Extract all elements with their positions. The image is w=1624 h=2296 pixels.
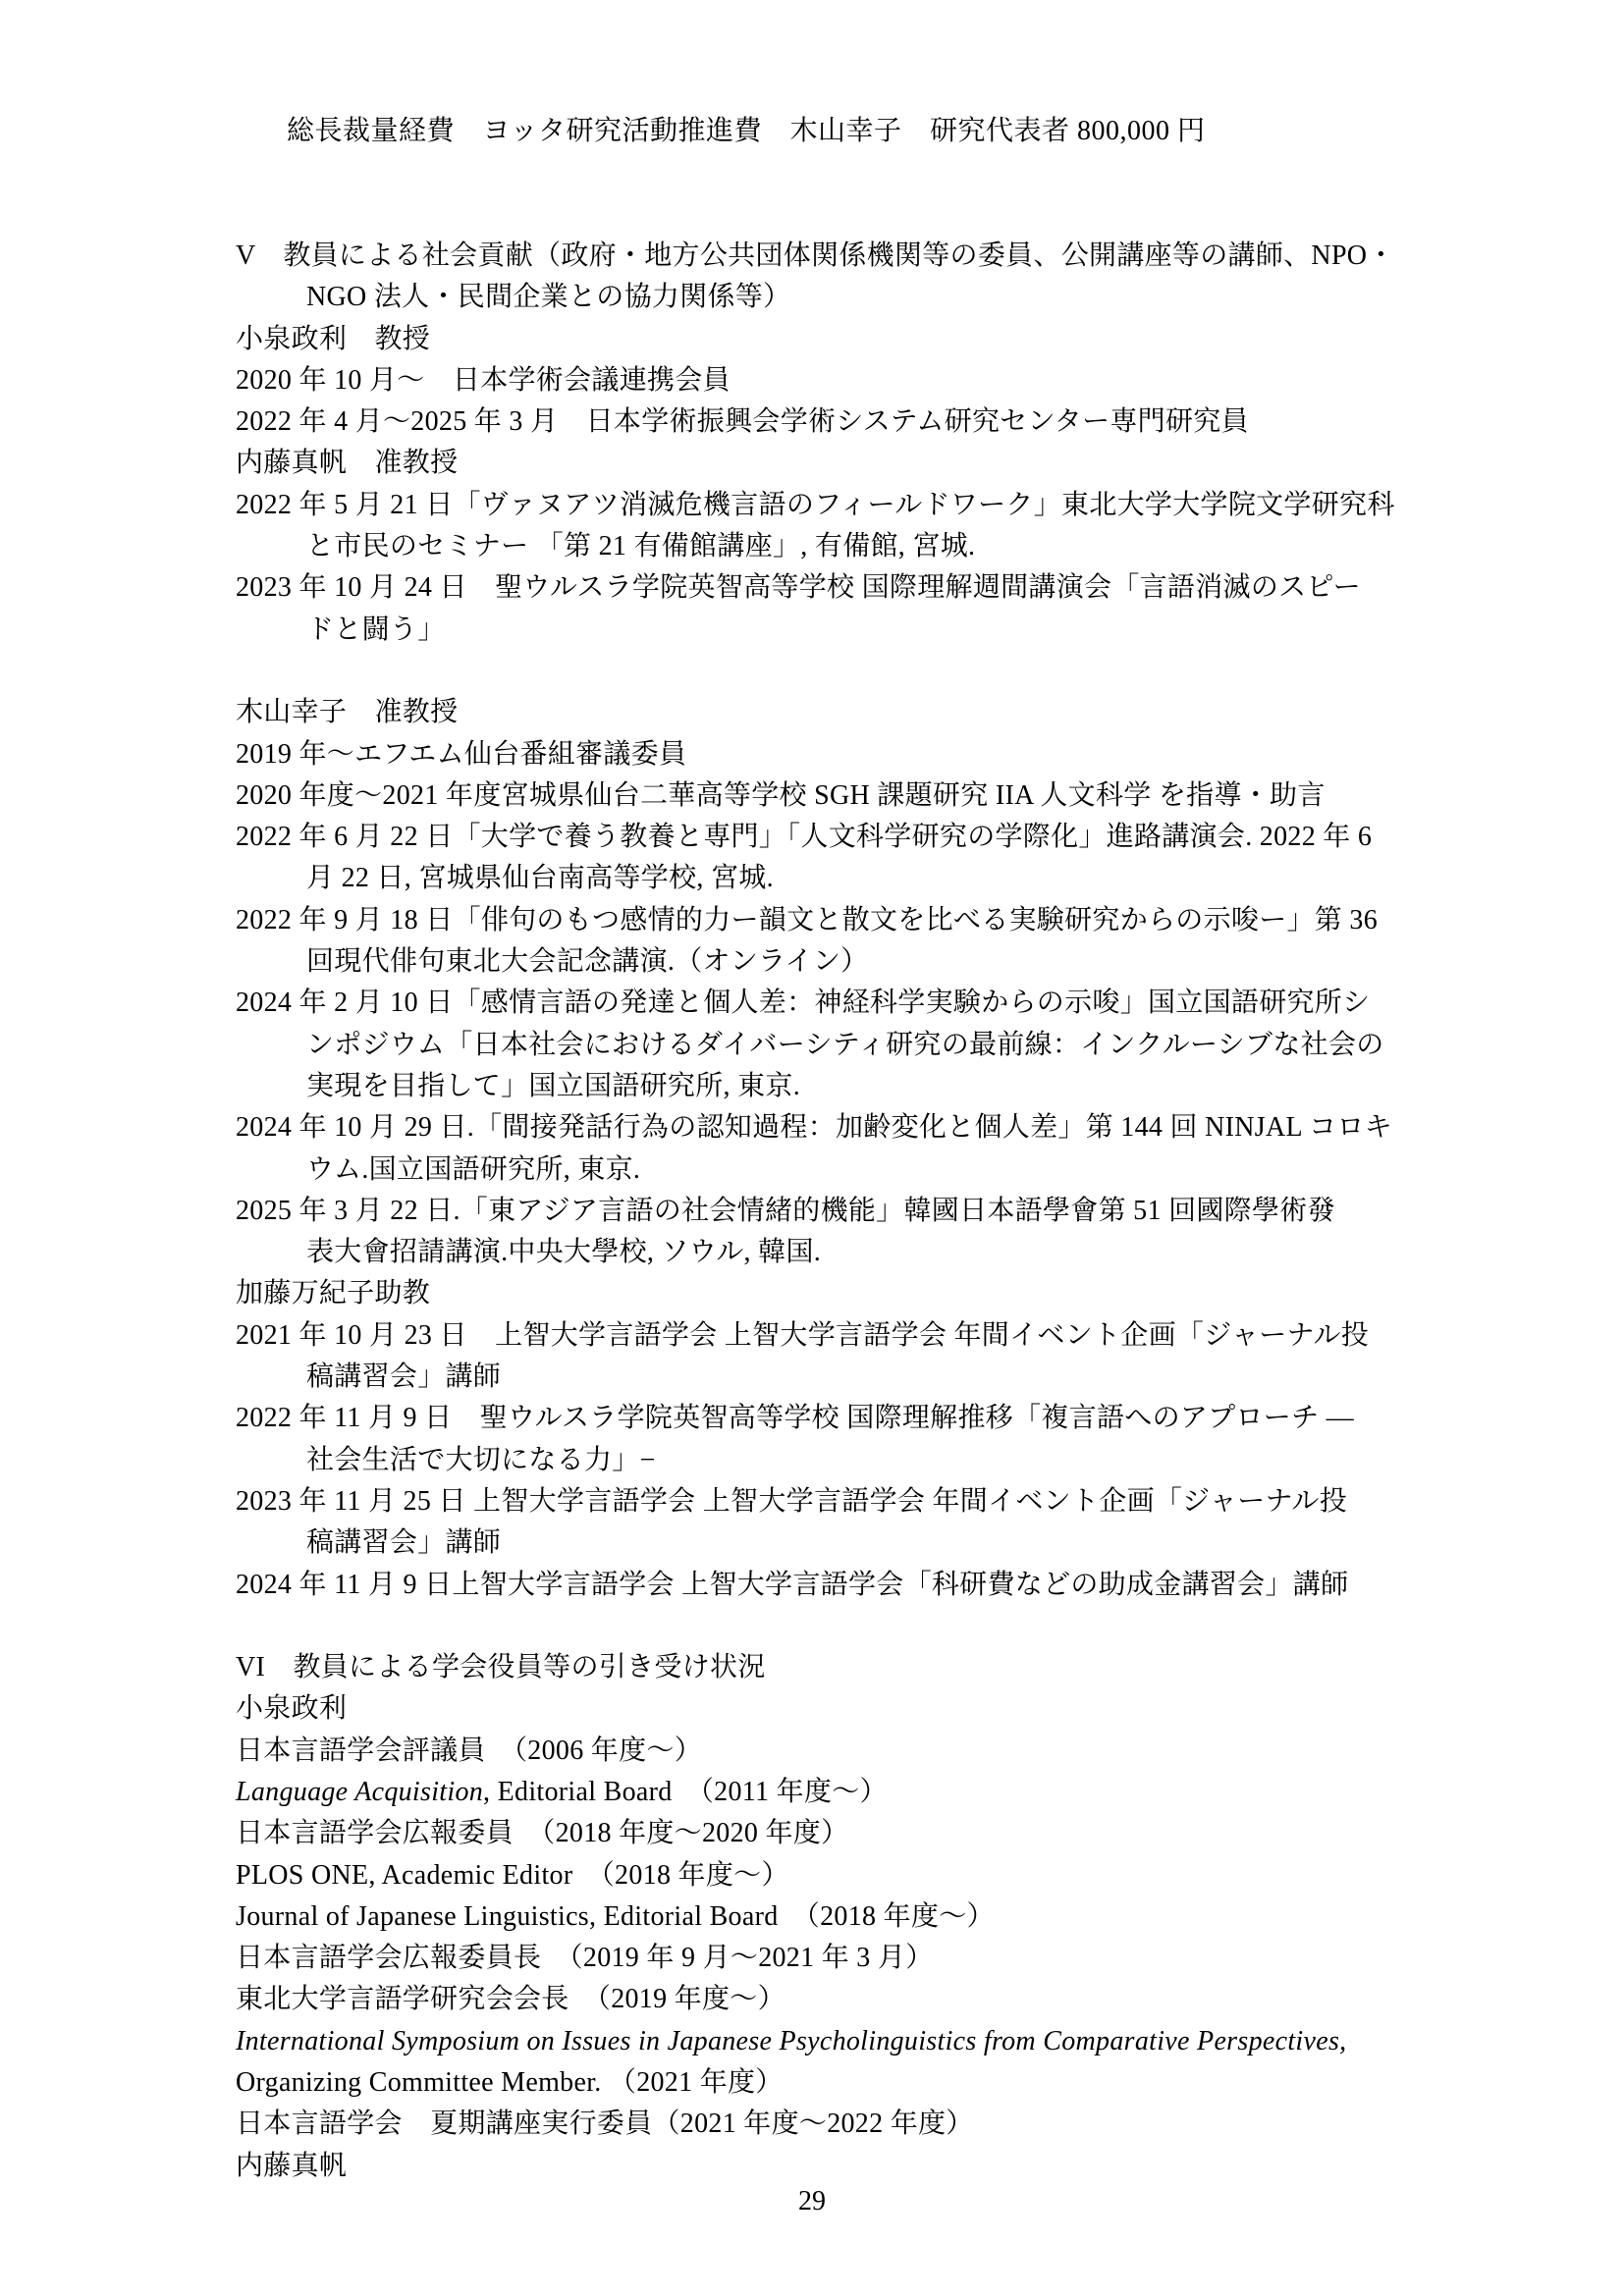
text-line: Language Acquisition, Editorial Board （2… [236, 1772, 1414, 1813]
text-line: 稿講習会」講師 [236, 1357, 1414, 1398]
text-line: 2023 年 10 月 24 日 聖ウルスラ学院英智高等学校 国際理解週間講演会… [236, 567, 1414, 609]
text-line: ドと闘う」 [236, 610, 1414, 651]
text-line: ウム.国立国語研究所, 東京. [236, 1149, 1414, 1191]
text-line: 2024 年 2 月 10 日「感情言語の発達と個人差：神経科学実験からの示唆」… [236, 983, 1414, 1024]
text-line: 回現代俳句東北大会記念講演.（オンライン） [236, 941, 1414, 983]
blank-line [236, 651, 1414, 692]
page-number: 29 [0, 2181, 1624, 2222]
text-line: 2023 年 11 月 25 日 上智大学言語学会 上智大学言語学会 年間イベン… [236, 1481, 1414, 1522]
italic-text-segment: Language Acquisition [236, 1777, 483, 1807]
text-line: 2019 年～エフエム仙台番組審議委員 [236, 734, 1414, 775]
text-line: 日本言語学会広報委員 （2018 年度～2020 年度） [236, 1813, 1414, 1854]
text-line: 日本言語学会評議員 （2006 年度～） [236, 1731, 1414, 1772]
text-line: VI 教員による学会役員等の引き受け状況 [236, 1647, 1414, 1688]
text-line: Journal of Japanese Linguistics, Editori… [236, 1896, 1414, 1938]
text-line: 2022 年 4 月～2025 年 3 月 日本学術振興会学術システム研究センタ… [236, 401, 1414, 443]
text-segment: , Editorial Board （2011 年度～） [483, 1777, 888, 1807]
text-line: ンポジウム「日本社会におけるダイバーシティ研究の最前線：インクルーシブな社会の [236, 1025, 1414, 1066]
text-line: 2024 年 11 月 9 日上智大学言語学会 上智大学言語学会「科研費などの助… [236, 1565, 1414, 1606]
text-line: 2020 年 10 月～ 日本学術会議連携会員 [236, 360, 1414, 401]
text-line: 小泉政利 教授 [236, 319, 1414, 360]
italic-text-segment: International Symposium on Issues in Jap… [236, 2026, 1346, 2056]
text-line: 稿講習会」講師 [236, 1522, 1414, 1564]
funding-header: 総長裁量経費 ヨッタ研究活動推進費 木山幸子 研究代表者 800,000 円 [287, 110, 1205, 153]
text-line: 2025 年 3 月 22 日.「東アジア言語の社会情緒的機能」韓國日本語學會第… [236, 1191, 1414, 1232]
text-line: NGO 法人・民間企業との協力関係等） [236, 277, 1414, 318]
text-line: 社会生活で大切になる力」− [236, 1440, 1414, 1481]
text-line: 2022 年 6 月 22 日「大学で養う教養と専門」「人文科学研究の学際化」進… [236, 817, 1414, 858]
text-line: 加藤万紀子助教 [236, 1273, 1414, 1314]
text-line: 2022 年 5 月 21 日「ヴァヌアツ消滅危機言語のフィールドワーク」東北大… [236, 485, 1414, 526]
text-line: 月 22 日, 宮城県仙台南高等学校, 宮城. [236, 858, 1414, 899]
text-line: 内藤真帆 准教授 [236, 443, 1414, 484]
text-line: 表大會招請講演.中央大學校, ソウル, 韓国. [236, 1232, 1414, 1273]
document-page: 総長裁量経費 ヨッタ研究活動推進費 木山幸子 研究代表者 800,000 円 V… [0, 0, 1624, 2296]
text-line: PLOS ONE, Academic Editor （2018 年度～） [236, 1855, 1414, 1896]
text-line: 日本言語学会 夏期講座実行委員（2021 年度～2022 年度） [236, 2104, 1414, 2145]
text-line: 2021 年 10 月 23 日 上智大学言語学会 上智大学言語学会 年間イベン… [236, 1315, 1414, 1357]
text-line: 木山幸子 准教授 [236, 692, 1414, 733]
text-line: 2022 年 11 月 9 日 聖ウルスラ学院英智高等学校 国際理解推移「複言語… [236, 1398, 1414, 1439]
blank-line [236, 1606, 1414, 1647]
text-line: 日本言語学会広報委員長 （2019 年 9 月～2021 年 3 月） [236, 1938, 1414, 1979]
text-line: 東北大学言語学研究会会長 （2019 年度～） [236, 1979, 1414, 2020]
document-body: V 教員による社会貢献（政府・地方公共団体関係機関等の委員、公開講座等の講師、N… [236, 236, 1414, 2187]
text-line: 実現を目指して」国立国語研究所, 東京. [236, 1066, 1414, 1107]
text-line: 2024 年 10 月 29 日.「間接発話行為の認知過程：加齢変化と個人差」第… [236, 1107, 1414, 1148]
text-line: 2020 年度～2021 年度宮城県仙台二華高等学校 SGH 課題研究 IIA … [236, 775, 1414, 817]
text-line: Organizing Committee Member. （2021 年度） [236, 2062, 1414, 2104]
text-line: 小泉政利 [236, 1688, 1414, 1730]
text-line: 2022 年 9 月 18 日「俳句のもつ感情的力ー韻文と散文を比べる実験研究か… [236, 900, 1414, 941]
text-line: International Symposium on Issues in Jap… [236, 2021, 1414, 2062]
text-line: V 教員による社会貢献（政府・地方公共団体関係機関等の委員、公開講座等の講師、N… [236, 236, 1414, 277]
text-line: と市民のセミナー 「第 21 有備館講座」, 有備館, 宮城. [236, 526, 1414, 567]
